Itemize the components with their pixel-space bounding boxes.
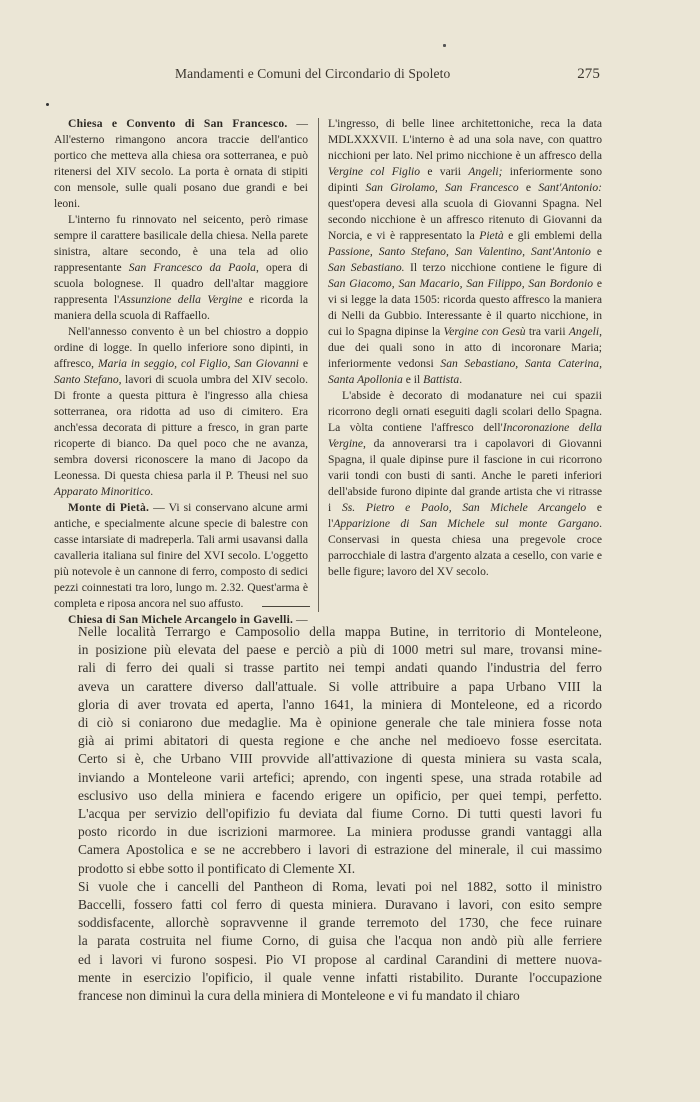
paragraph-pantheon: Si vuole che i cancelli del Pantheon di … xyxy=(54,878,602,1005)
text: e il xyxy=(403,373,423,386)
artwork-title: Maria in seggio, col Figlio, San Giovann… xyxy=(98,357,299,370)
paragraph-miniera: Nelle località Terrargo e Camposolio del… xyxy=(54,623,602,878)
artwork-title: San Sebastiano. xyxy=(328,261,405,274)
artwork-title: San Giacomo, San Macario, San Filippo, S… xyxy=(328,277,593,290)
artwork-title: Assunzione della Vergine xyxy=(119,293,242,306)
page-number: 275 xyxy=(577,66,600,83)
text-line: in posizione più elevata del paese e per… xyxy=(54,641,602,659)
text-line: mente in esercizio l'opificio, il quale … xyxy=(54,969,602,987)
text-line: la parata costruita nel fiume Corno, di … xyxy=(54,932,602,950)
text: e gli emblemi della xyxy=(504,229,602,242)
paragraph-convento: Nell'annesso convento è un bel chiostro … xyxy=(54,324,308,500)
text-line: ed i lavori vi furono sospesi. Pio VI pr… xyxy=(54,951,602,969)
text-line: inviando a Monteleone varii artefici; ap… xyxy=(54,769,602,787)
artwork-title: San Francesco da Paola xyxy=(129,261,256,274)
artwork-title: Vergine con Gesù xyxy=(443,325,525,338)
paragraph-ingresso: L'ingresso, di belle linee architettonic… xyxy=(328,116,602,388)
main-text: Nelle località Terrargo e Camposolio del… xyxy=(54,623,602,1005)
artwork-title: Battista xyxy=(423,373,459,386)
section-san-francesco: Chiesa e Convento di San Francesco. — Al… xyxy=(54,116,308,212)
text: e xyxy=(299,357,308,370)
column-end-rule xyxy=(262,606,310,607)
section-heading: Monte di Pietà. xyxy=(68,501,149,514)
text-line: Baccelli, fossero fatti col ferro di que… xyxy=(54,896,602,914)
artwork-title: Angeli xyxy=(569,325,599,338)
artwork-title: Apparizione di San Michele sul monte Gar… xyxy=(333,517,599,530)
text: . xyxy=(459,373,462,386)
section-monte-di-pieta: Monte di Pietà. — Vi si conservano alcun… xyxy=(54,500,308,612)
section-heading: Chiesa e Convento di San Francesco. xyxy=(68,117,287,130)
text: e xyxy=(591,245,602,258)
text-line: Si vuole che i cancelli del Pantheon di … xyxy=(54,878,602,896)
text-line: già ai primi abitatori di questa regione… xyxy=(54,732,602,750)
paragraph-abside: L'abside è decorato di modanature nei cu… xyxy=(328,388,602,580)
text: e xyxy=(519,181,539,194)
text: e varii xyxy=(420,165,468,178)
artwork-title: Sant'Antonio: xyxy=(538,181,602,194)
artwork-title: Passione, Santo Stefano, San Valentino, … xyxy=(328,245,591,258)
section-text: — Vi si conservano alcune armi antiche, … xyxy=(54,501,308,610)
artwork-title: Santo Stefano xyxy=(54,373,119,386)
text-line: rali di ferro dei quali si trasse partit… xyxy=(54,659,602,677)
text-line: aveva un carattere diverso dall'attuale.… xyxy=(54,678,602,696)
section-text: — All'esterno rimangono ancora traccie d… xyxy=(54,117,308,210)
text-line: esclusivo uso della miniera e facendo er… xyxy=(54,787,602,805)
text-line: francese non diminuì la cura della minie… xyxy=(54,987,602,1005)
scan-speck xyxy=(443,44,446,47)
text: , lavori di scuola umbra del XIV secolo.… xyxy=(54,373,308,482)
text: . xyxy=(150,485,153,498)
artwork-title: San Girolamo, San Francesco xyxy=(366,181,519,194)
margin-mark xyxy=(46,103,49,106)
text: L'ingresso, di belle linee architettonic… xyxy=(328,117,602,162)
artwork-title: Angeli; xyxy=(468,165,502,178)
text-line: Certo si è, che Urbano VIII provvide all… xyxy=(54,750,602,768)
text: tra varii xyxy=(526,325,569,338)
text-line: di ciò si coniarono due medaglie. Ma è o… xyxy=(54,714,602,732)
right-column: L'ingresso, di belle linee architettonic… xyxy=(328,116,602,580)
paragraph-interno: L'interno fu rinnovato nel seicento, per… xyxy=(54,212,308,324)
text-line: prodotto si ebbe sotto il pontificato di… xyxy=(54,860,602,878)
text-line: Nelle località Terrargo e Camposolio del… xyxy=(54,623,602,641)
running-header: Mandamenti e Comuni del Circondario di S… xyxy=(175,66,600,83)
artwork-title: Ss. Pietro e Paolo, San Michele Arcangel… xyxy=(342,501,586,514)
text: Il terzo nicchione contiene le figure di xyxy=(405,261,602,274)
text-line: gloria di aver trovata ed aperta, l'anno… xyxy=(54,696,602,714)
text-line: Camera Apostolica e se ne accrebbero i l… xyxy=(54,841,602,859)
text-line: posto ricordo in due iscrizioni marmoree… xyxy=(54,823,602,841)
artwork-title: Pietà xyxy=(479,229,503,242)
running-title: Mandamenti e Comuni del Circondario di S… xyxy=(175,66,450,82)
column-divider xyxy=(318,118,319,612)
left-column: Chiesa e Convento di San Francesco. — Al… xyxy=(54,116,308,628)
text-line: L'acqua per servizio dell'opifizio fu de… xyxy=(54,805,602,823)
artwork-title: Vergine col Figlio xyxy=(328,165,420,178)
text-line: soddisfacente, allorchè sopravvenne il g… xyxy=(54,914,602,932)
book-title: Apparato Minoritico xyxy=(54,485,150,498)
